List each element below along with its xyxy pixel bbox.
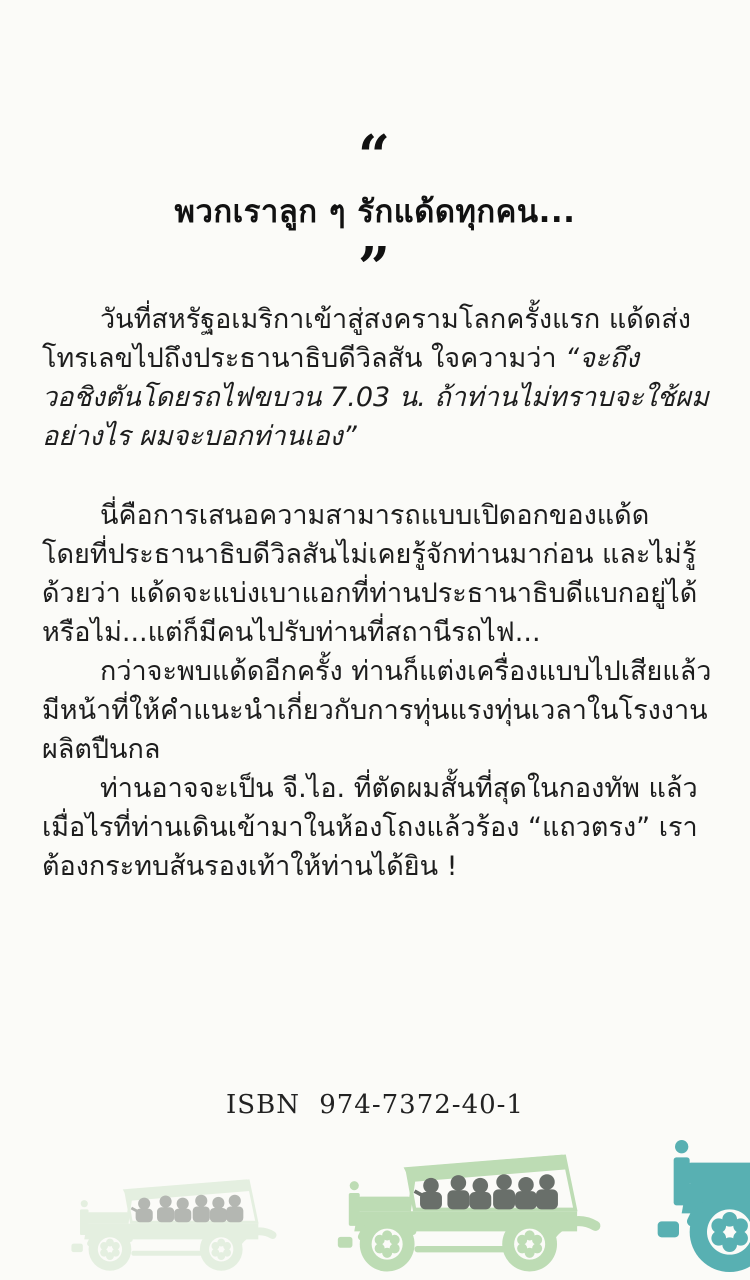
vintage-car-teal-icon bbox=[655, 1080, 750, 1280]
close-quote-mark: ” bbox=[0, 240, 750, 296]
vintage-car-green-icon bbox=[336, 1140, 610, 1277]
paragraph-1: วันที่สหรัฐอเมริกาเข้าสู่สงครามโลกครั้งแ… bbox=[42, 300, 714, 456]
isbn-line: ISBN 974-7372-40-1 bbox=[0, 1090, 750, 1120]
body-text-block: วันที่สหรัฐอเมริกาเข้าสู่สงครามโลกครั้งแ… bbox=[42, 300, 714, 886]
paragraph-2: นี่คือการเสนอความสามารถแบบเปิดอกของแด้ด … bbox=[42, 496, 714, 652]
open-quote-mark: “ bbox=[0, 128, 750, 184]
book-page: “ พวกเราลูก ๆ รักแด้ดทุกคน... ” วันที่สห… bbox=[0, 0, 750, 1280]
paragraph-3: กว่าจะพบแด้ดอีกครั้ง ท่านก็แต่งเครื่องแบ… bbox=[42, 652, 714, 769]
paragraph-4: ท่านอาจจะเป็น จี.ไอ. ที่ตัดผมสั้นที่สุดใ… bbox=[42, 769, 714, 886]
quote-heading: พวกเราลูก ๆ รักแด้ดทุกคน... bbox=[0, 186, 750, 236]
vintage-car-faded-icon bbox=[70, 1168, 284, 1275]
